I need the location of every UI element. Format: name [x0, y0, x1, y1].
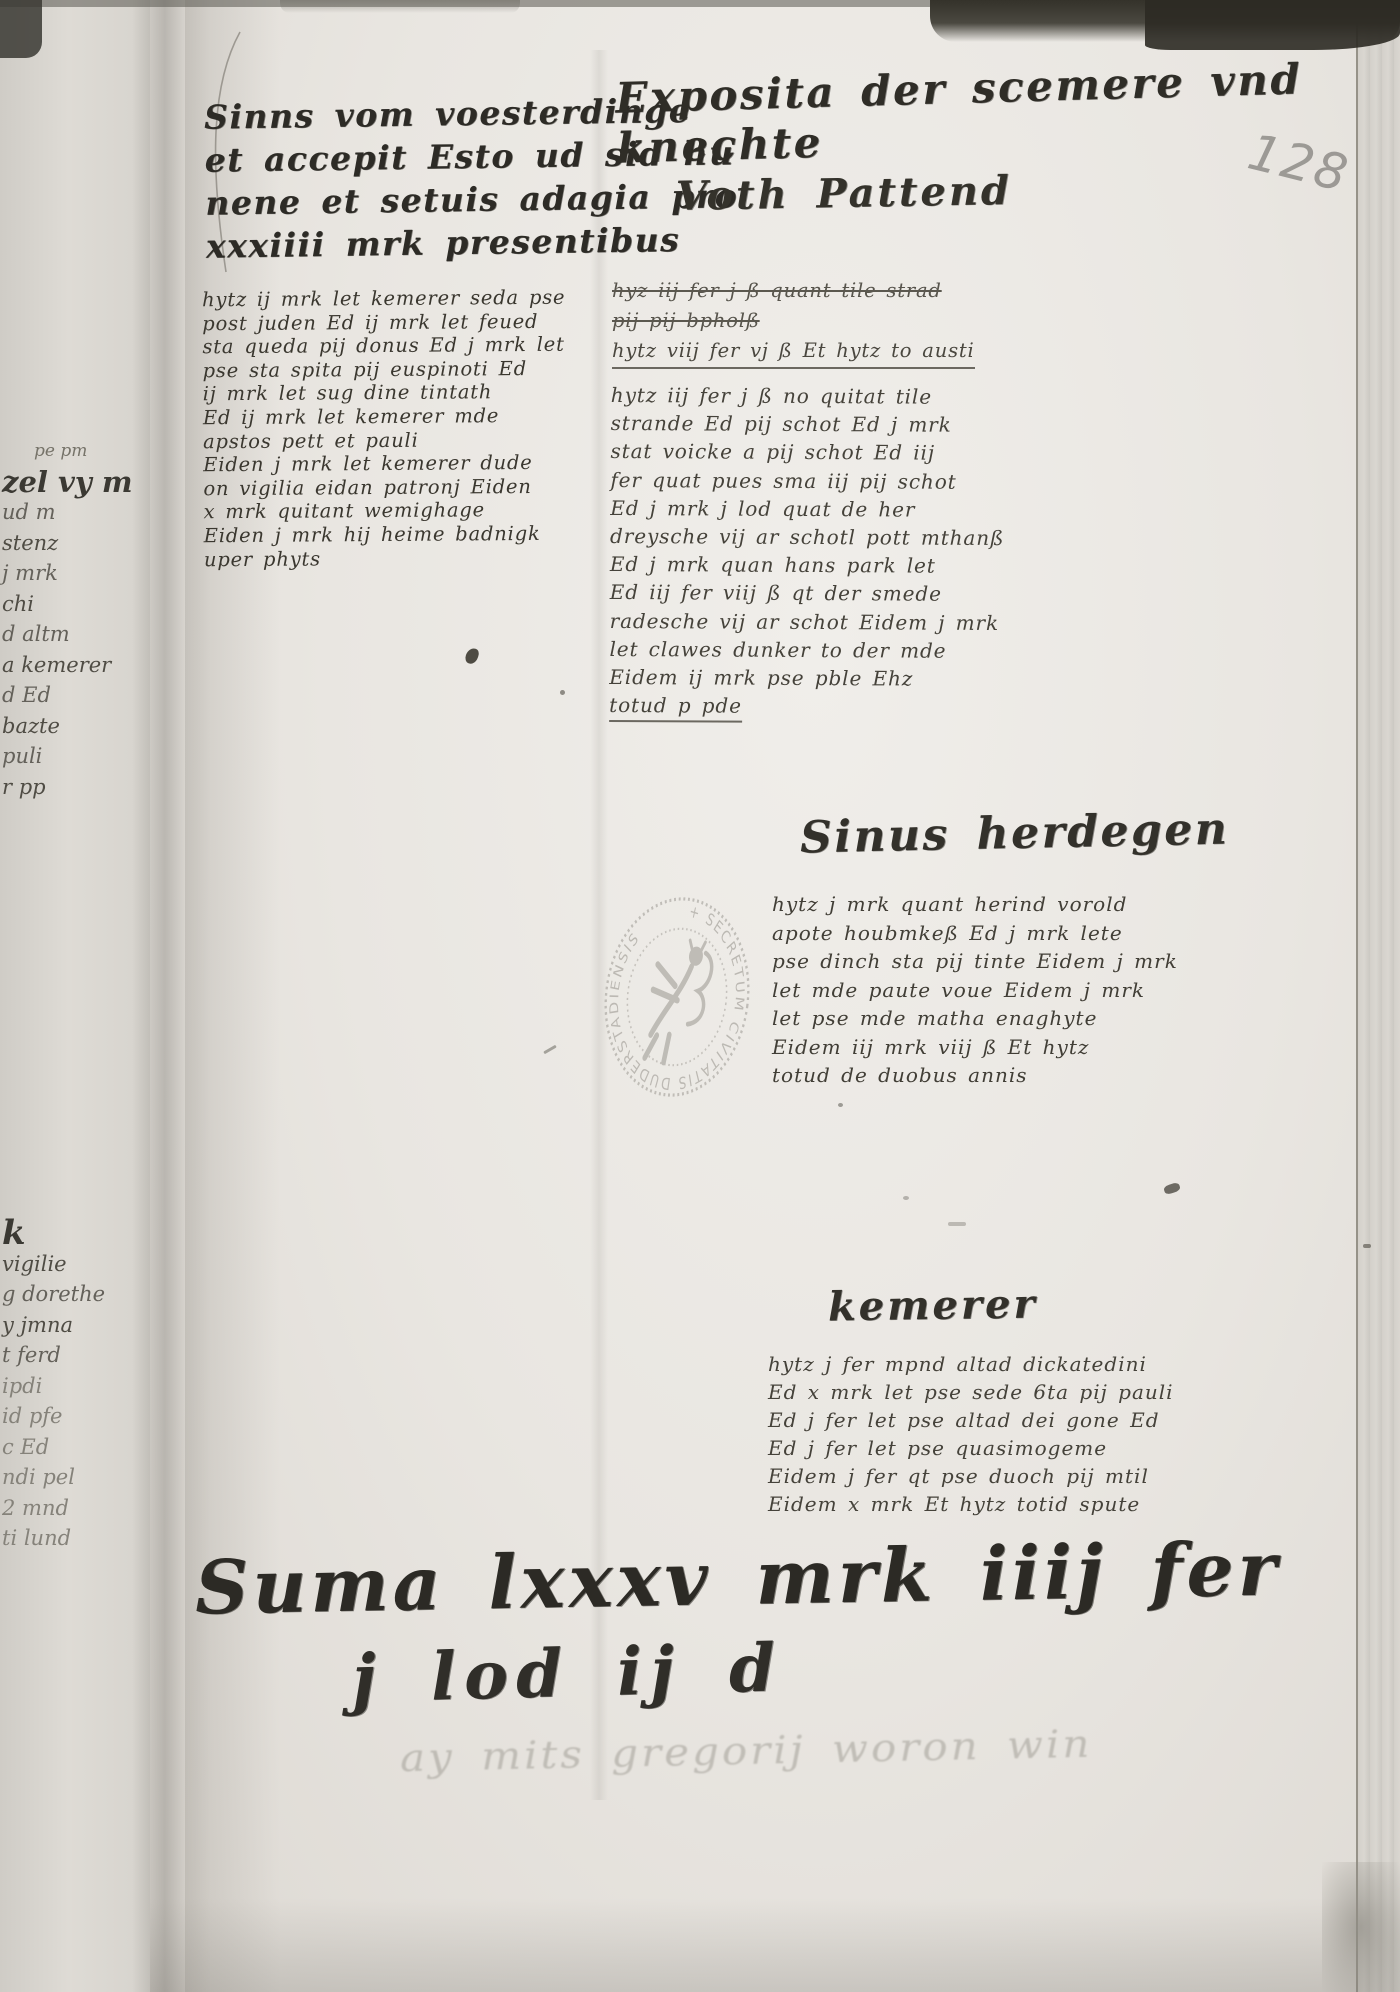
- entry-line: let clawes dunker to der mde: [609, 635, 946, 665]
- bottom-page-shade: [150, 1898, 1400, 1992]
- margin-fragment-line: id pfe: [2, 1401, 62, 1432]
- entry-line: dreysche vij ar schotl pott mthanß: [610, 522, 1004, 552]
- entry-herdegen-heading: Sinus herdegen: [800, 804, 1230, 864]
- margin-fragment-line: puli: [2, 741, 42, 772]
- exposita-title: Exposita der scemere vndknechte: [615, 54, 1305, 173]
- note-line: hytz viij fer vj ß Et hytz to austi: [612, 336, 975, 369]
- entry-kemerer-heading: kemerer: [828, 1281, 1038, 1331]
- entry-line: on vigilia eidan patronj Eiden: [203, 475, 531, 501]
- facing-page-sliver: pe pmzel vy mud mstenzj mrkchid altma ke…: [0, 0, 152, 1992]
- summa-total-line2: j lod ij d: [351, 1628, 784, 1717]
- rampant-lion-icon: [644, 937, 714, 1067]
- entry-line: hytz ij mrk let kemerer seda pse: [202, 286, 565, 312]
- entry-line: Ed ij mrk let kemerer mde: [203, 404, 499, 430]
- entry-line: let pse mde matha enaghyte: [772, 1004, 1097, 1033]
- entry-line: Eidem ij mrk pse pble Ehz: [609, 663, 913, 693]
- margin-fragment-line: zel vy m: [2, 467, 133, 498]
- entry-line: Eidem x mrk Et hytz totid spute: [768, 1490, 1140, 1518]
- entry-line: stat voicke a pij schot Ed iij: [610, 437, 935, 467]
- edge-mark: [1363, 1244, 1371, 1248]
- margin-fragments-upper: pe pmzel vy mud mstenzj mrkchid altma ke…: [0, 436, 142, 802]
- margin-fragment-line: ndi pel: [2, 1462, 75, 1493]
- book-corner-dark: [0, 0, 42, 58]
- entry-line: totud de duobus annis: [772, 1061, 1028, 1090]
- entry-line: fer quat pues sma iij pij schot: [610, 466, 956, 496]
- entry-line: Ed j mrk j lod quat de her: [610, 494, 915, 524]
- margin-fragment-line: r pp: [2, 772, 46, 803]
- margin-fragment-line: d Ed: [2, 680, 51, 711]
- entry-line: sta queda pij donus Ed j mrk let: [202, 333, 564, 359]
- entry-line: let mde paute voue Eidem j mrk: [772, 976, 1145, 1005]
- note-line: hyz iij fer j ß quant tile strad: [612, 276, 942, 306]
- bottom-right-smudge: [1322, 1862, 1400, 1992]
- ink-speck: [560, 690, 565, 695]
- heading-line: xxxiiii mrk presentibus: [206, 218, 681, 268]
- entry-line: ij mrk let sug dine tintath: [203, 381, 493, 407]
- margin-fragment-line: 2 mnd: [2, 1493, 69, 1524]
- entry-line: Eiden j mrk hij heime badnigk: [204, 522, 541, 548]
- entry-line: Ed j mrk quan hans park let: [610, 550, 936, 580]
- entry-line: strande Ed pij schot Ed j mrk: [611, 409, 952, 439]
- entry-line: hytz j fer mpnd altad dickatedini: [768, 1350, 1147, 1378]
- margin-fragment-line: g dorethe: [2, 1279, 105, 1310]
- entry-line: Ed iij fer viij ß qt der smede: [610, 578, 942, 608]
- ink-speck: [948, 1222, 966, 1226]
- manuscript-photo: pe pmzel vy mud mstenzj mrkchid altma ke…: [0, 0, 1400, 1992]
- entry-line: hytz iij fer j ß no quitat tile: [611, 381, 932, 411]
- margin-fragment-line: k: [2, 1218, 26, 1249]
- heading-line: nene et setuis adagia pro: [205, 174, 738, 224]
- entry-line: pse dinch sta pij tinte Eidem j mrk: [772, 947, 1178, 976]
- title-line: knechte: [616, 118, 823, 174]
- note-line: pij pij bpholß: [612, 306, 760, 336]
- entry-line: uper phyts: [204, 547, 321, 571]
- entry-line: Ed x mrk let pse sede 6ta pij pauli: [768, 1378, 1174, 1406]
- entry-line: Ed j fer let pse quasimogeme: [768, 1434, 1107, 1462]
- entry-line: apstos pett et pauli: [203, 428, 419, 453]
- voth-pattend-heading: Voth Pattend: [676, 167, 1013, 220]
- margin-fragment-line: bazte: [2, 711, 60, 742]
- book-top-right-dark: [1145, 0, 1400, 50]
- margin-fragment-line: t ferd: [2, 1340, 61, 1371]
- entry-line: x mrk quitant wemighage: [203, 499, 485, 525]
- margin-fragment-line: c Ed: [2, 1432, 49, 1463]
- margin-fragment-line: ud m: [2, 497, 56, 528]
- entry-kemerer-body: hytz j fer mpnd altad dickatediniEd x mr…: [768, 1350, 1174, 1518]
- margin-fragment-line: vigilie: [2, 1249, 67, 1280]
- entry-westerode-body: hytz ij mrk let kemerer seda psepost jud…: [202, 286, 567, 572]
- entry-line: Eiden j mrk let kemerer dude: [203, 451, 533, 477]
- margin-fragment-line: chi: [2, 589, 34, 620]
- margin-fragment-line: ipdi: [2, 1371, 42, 1402]
- entry-line: hytz j mrk quant herind vorold: [772, 890, 1127, 919]
- seal-stamp-duderstadt: + SECRETUM CIVITATIS DUDERSTADIENSIS: [588, 881, 767, 1112]
- margin-fragment-line: j mrk: [2, 558, 58, 589]
- book-fore-edge: [1356, 0, 1400, 1992]
- entry-line: radesche vij ar schot Eidem j mrk: [610, 607, 1000, 637]
- margin-fragment-line: ti lund: [2, 1523, 71, 1554]
- exposita-body: hytz iij fer j ß no quitat tilestrande E…: [609, 381, 1005, 724]
- margin-fragment-line: pe pm: [34, 436, 87, 467]
- margin-fragment-line: y jmna: [2, 1310, 73, 1341]
- ink-speck: [838, 1103, 843, 1107]
- ink-speck: [903, 1196, 909, 1200]
- entry-line: Eidem j fer qt pse duoch pij mtil: [768, 1462, 1149, 1490]
- top-edge-shadow: [280, 0, 520, 13]
- margin-fragments-lower: kvigilieg dorethey jmnat ferdipdiid pfec…: [0, 1218, 142, 1554]
- entry-line: Eidem iij mrk viij ß Et hytz: [772, 1033, 1089, 1062]
- entry-line: pse sta spita pij euspinoti Ed: [203, 357, 528, 383]
- entry-line: Ed j fer let pse altad dei gone Ed: [768, 1406, 1160, 1434]
- margin-fragment-line: a kemerer: [2, 650, 111, 681]
- entry-line: apote houbmkeß Ed j mrk lete: [772, 919, 1123, 948]
- margin-fragment-line: stenz: [2, 528, 58, 559]
- entry-line: totud p pde: [609, 691, 742, 723]
- entry-line: post juden Ed ij mrk let feued: [202, 310, 538, 336]
- margin-fragment-line: d altm: [2, 619, 70, 650]
- voth-pattend-notes: hyz iij fer j ß quant tile stradpij pij …: [612, 276, 975, 369]
- entry-herdegen-body: hytz j mrk quant herind voroldapote houb…: [772, 890, 1178, 1090]
